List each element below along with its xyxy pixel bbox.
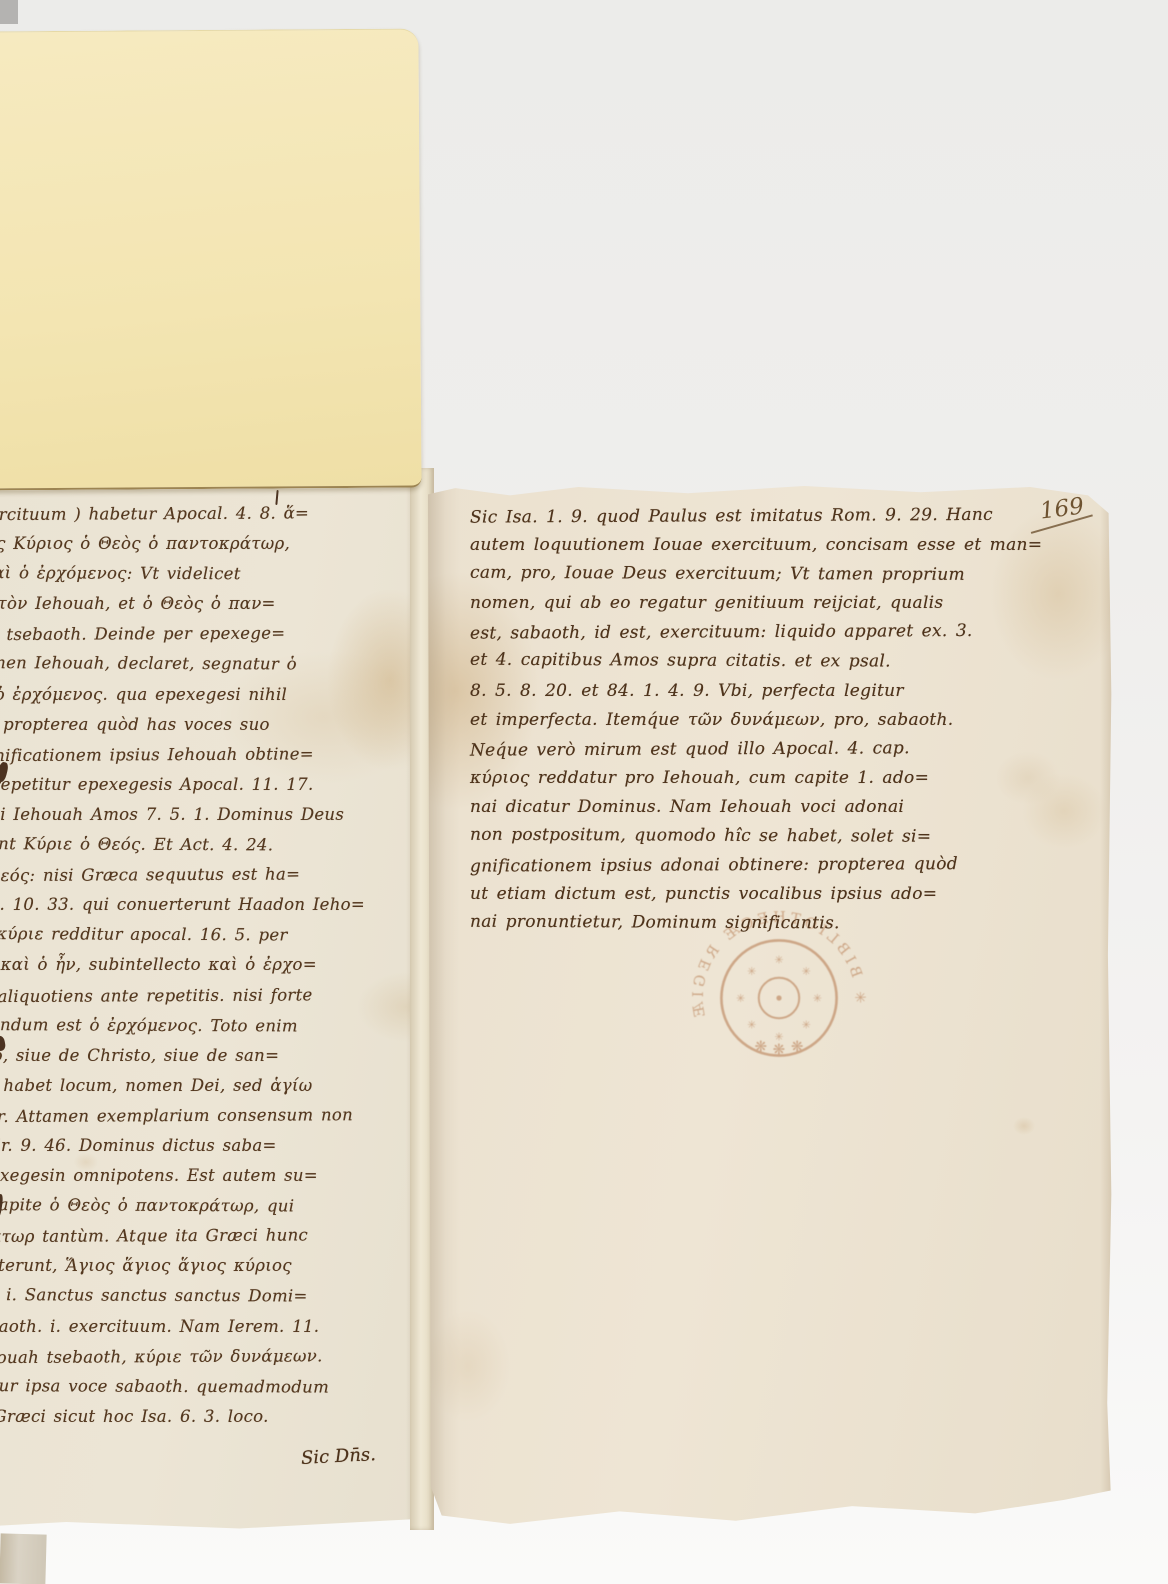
manuscript-line: exercituum ) habetur Apocal. 4. 8. ἅ= <box>0 503 419 535</box>
manuscript-line: cap. 10. 33. qui conuerterunt Haadon Ieh… <box>0 895 419 925</box>
manuscript-line: et 4. capitibus Amos supra citatis. et e… <box>470 650 1070 682</box>
manuscript-line: erunt Κύριε ὁ Θεός. Et Act. 4. 24. <box>0 834 419 866</box>
svg-text:✳: ✳ <box>747 1018 756 1031</box>
manuscript-line: ὁ Θεός: nisi Græca sequutus est ha= <box>0 864 419 896</box>
manuscript-line: onai Iehouah Amos 7. 5. 1. Dominus Deus <box>0 805 419 835</box>
manuscript-line: κράτωρ tantùm. Atque ita Græci hunc <box>0 1225 419 1257</box>
photo-backdrop: exercituum ) habetur Apocal. 4. 8. ἅ=γιο… <box>0 0 1168 1584</box>
manuscript-line: sabaoth. i. exercituum. Nam Ierem. 11. <box>0 1317 419 1347</box>
left-manuscript-page: exercituum ) habetur Apocal. 4. 8. ἅ=γιο… <box>0 462 422 1536</box>
left-page-text: exercituum ) habetur Apocal. 4. 8. ἅ=γιο… <box>0 504 419 1437</box>
svg-text:✳: ✳ <box>802 965 811 978</box>
manuscript-line: Sic Isa. 1. 9. quod Paulus est imitatus … <box>470 504 1070 536</box>
manuscript-line: est, sabaoth, id est, exercituum: liquid… <box>470 621 1070 653</box>
manuscript-line: atur. Attamen exemplarium consensum non <box>0 1105 419 1137</box>
manuscript-line: nai pronuntietur, Dominum significantis. <box>470 912 1070 944</box>
manuscript-line: ὢν καὶ ὁ ἦν, subintellecto καὶ ὁ ἐρχο= <box>0 955 419 985</box>
paper-tab-bottom-left <box>0 1533 47 1584</box>
paper-tab-top-left <box>0 0 18 24</box>
manuscript-line: Esdr. 9. 46. Dominus dictus saba= <box>0 1136 419 1166</box>
manuscript-line: significationem ipsius Iehouah obtine= <box>0 744 419 776</box>
manuscript-line: autem loquutionem Iouae exercituum, conc… <box>470 535 1070 564</box>
manuscript-line: ut etiam dictum est, punctis vocalibus i… <box>470 884 1070 913</box>
manuscript-line: Neq́ue verò mirum est quod illo Apocal. … <box>470 737 1070 769</box>
manuscript-line: otitur ipsa voce sabaoth. quemadmodum <box>0 1376 419 1408</box>
svg-text:✳: ✳ <box>747 965 756 978</box>
manuscript-line: ωθ. i. Sanctus sanctus sanctus Domi= <box>0 1285 419 1317</box>
manuscript-line: gnificationem ipsius adonai obtinere: pr… <box>470 854 1070 886</box>
right-manuscript-page: 169 ✳✳ ✳✳ ✳✳ ✳✳ ❋❋❋ <box>428 486 1112 1528</box>
manuscript-line: nomen Iehouah, declaret, segnatur ὁ <box>0 653 419 685</box>
svg-text:❋: ❋ <box>773 1041 786 1059</box>
svg-text:❋: ❋ <box>791 1038 804 1056</box>
manuscript-line: γιος Κύριος ὁ Θεὸς ὁ παντοκράτωρ, <box>0 534 419 564</box>
manuscript-line: nomen, qui ab eo regatur genitiuum reijc… <box>470 593 1070 622</box>
manuscript-line: us κύριε redditur apocal. 16. 5. per <box>0 924 419 956</box>
manuscript-line: non postpositum, quomodo hîc se habet, s… <box>470 825 1070 857</box>
manuscript-line: ua aliquotiens ante repetitis. nisi fort… <box>0 984 419 1016</box>
manuscript-line: ad τὸν Iehouah, et ὁ Θεὸς ὁ παν= <box>0 594 419 624</box>
svg-text:✳: ✳ <box>813 992 822 1005</box>
manuscript-line: uerterunt, Ἅγιος ἅγιος ἅγιος κύριος <box>0 1256 419 1286</box>
manuscript-line: , καὶ ὁ ἐρχόμενος: Vt videlicet <box>0 563 419 595</box>
flyleaf-page <box>0 28 422 490</box>
manuscript-line: et imperfecta. Itemq́ue τῶν δυνάμεων, pr… <box>470 710 1070 739</box>
right-page-text: Sic Isa. 1. 9. quod Paulus est imitatus … <box>470 506 1070 942</box>
manuscript-line: ua, propterea quòd has voces suo <box>0 715 419 745</box>
manuscript-line: m repetitur epexegesis Apocal. 11. 17. <box>0 775 419 805</box>
manuscript-line: um habet locum, nomen Dei, sed ἁγίω <box>0 1076 419 1106</box>
svg-text:✳: ✳ <box>774 954 783 967</box>
svg-text:✳: ✳ <box>802 1018 811 1031</box>
manuscript-line: egendum est ὁ ἐρχόμενος. Toto enim <box>0 1015 419 1047</box>
svg-text:❋: ❋ <box>754 1038 767 1056</box>
manuscript-line: Iehouah tsebaoth, κύριε τῶν δυνάμεων. <box>0 1345 419 1377</box>
manuscript-line: Deo, siue de Christo, siue de san= <box>0 1046 419 1076</box>
manuscript-line: 8. 5. 8. 20. et 84. 1. 4. 9. Vbi, perfec… <box>470 681 1070 710</box>
manuscript-line: epexegesin omnipotens. Est autem su= <box>0 1166 419 1196</box>
manuscript-line: t. capite ὁ Θεὸς ὁ παντοκράτωρ, qui <box>0 1195 419 1227</box>
manuscript-line: τὸν tsebaoth. Deinde per epexege= <box>0 623 419 655</box>
svg-text:✳: ✳ <box>736 992 745 1005</box>
catchword: Sic Dn̄s. <box>301 1444 377 1469</box>
manuscript-line: cam, pro, Iouae Deus exercituum; Vt tame… <box>470 563 1070 595</box>
manuscript-line: κύριος reddatur pro Iehouah, cum capite … <box>470 768 1070 797</box>
manuscript-line: αὶ ὁ ἐρχόμενος. qua epexegesi nihil <box>0 685 419 715</box>
manuscript-line: et Græci sicut hoc Isa. 6. 3. loco. <box>0 1407 419 1437</box>
manuscript-line: nai dicatur Dominus. Nam Iehouah voci ad… <box>470 797 1070 826</box>
